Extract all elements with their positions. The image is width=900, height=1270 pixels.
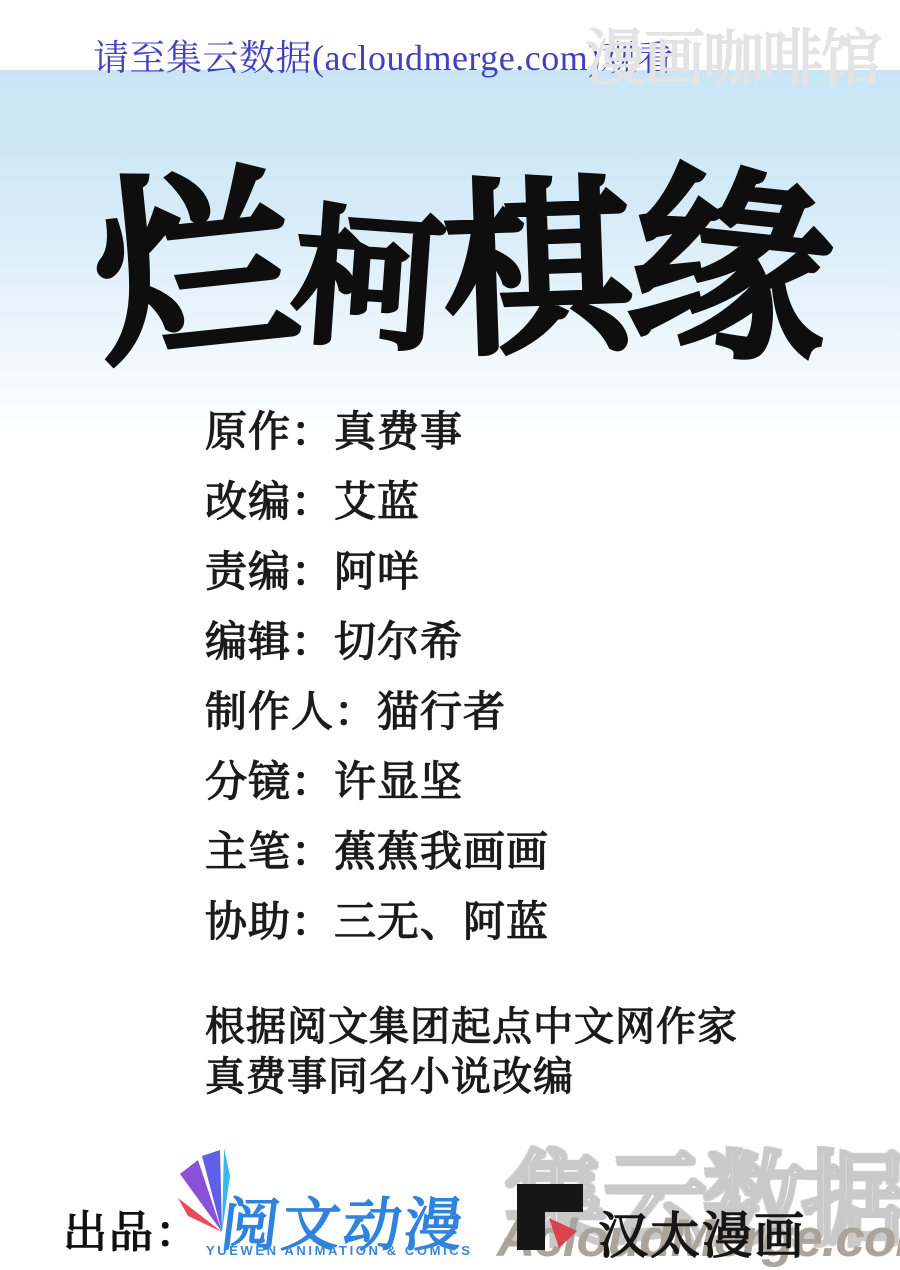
- credit-row-adaptation: 改编：艾蓝: [205, 480, 549, 524]
- credit-name: 阿咩: [334, 548, 420, 595]
- credit-colon: ：: [291, 478, 334, 525]
- adaptation-note-line1: 根据阅文集团起点中文网作家: [205, 1002, 738, 1052]
- credit-row-storyboard: 分镜：许显坚: [205, 760, 549, 804]
- credit-role: 协助: [205, 898, 291, 945]
- credit-colon: ：: [291, 828, 334, 875]
- credit-role: 分镜: [205, 758, 291, 805]
- comic-title: 烂 柯 棋 缘: [95, 128, 810, 366]
- credit-row-assistants: 协助：三无、阿蓝: [205, 900, 549, 944]
- adaptation-note-line2: 真费事同名小说改编: [205, 1052, 738, 1102]
- credit-role: 主笔: [205, 828, 291, 875]
- title-char-1: 烂: [85, 160, 303, 378]
- credit-name: 艾蓝: [334, 478, 420, 525]
- credit-colon: ：: [334, 688, 377, 735]
- title-char-3: 棋: [440, 173, 634, 367]
- yuewen-logo-tagline: YUEWEN ANIMATION & COMICS: [206, 1243, 473, 1258]
- credit-colon: ：: [291, 408, 334, 455]
- credit-row-chief-editor: 责编：阿咩: [205, 550, 549, 594]
- title-char-2: 柯: [288, 201, 448, 361]
- credit-name: 蕉蕉我画画: [334, 828, 549, 875]
- adaptation-note: 根据阅文集团起点中文网作家 真费事同名小说改编: [205, 1002, 738, 1102]
- title-char-4: 缘: [621, 160, 841, 380]
- credit-name: 切尔希: [334, 618, 463, 665]
- credit-colon: ：: [291, 618, 334, 665]
- credit-role: 改编: [205, 478, 291, 525]
- credit-row-editor: 编辑：切尔希: [205, 620, 549, 664]
- credit-name: 许显坚: [334, 758, 463, 805]
- credit-name: 猫行者: [377, 688, 506, 735]
- hantai-bracket-icon: [515, 1182, 585, 1252]
- footer: 出品： 阅文动漫 YUEWEN ANIMATION & COMICS 汉太漫画: [0, 1130, 900, 1270]
- top-watermark-text: 漫画咖啡馆: [585, 10, 880, 97]
- credit-row-original-author: 原作：真费事: [205, 410, 549, 454]
- credit-role: 制作人: [205, 688, 334, 735]
- credit-name: 真费事: [334, 408, 463, 455]
- hantai-logo-text: 汉太漫画: [598, 1196, 806, 1268]
- credit-colon: ：: [291, 758, 334, 805]
- credit-role: 编辑: [205, 618, 291, 665]
- credit-name: 三无、阿蓝: [334, 898, 549, 945]
- credit-row-lead-artist: 主笔：蕉蕉我画画: [205, 830, 549, 874]
- credit-role: 原作: [205, 408, 291, 455]
- credit-role: 责编: [205, 548, 291, 595]
- credit-colon: ：: [291, 898, 334, 945]
- credit-row-producer: 制作人：猫行者: [205, 690, 549, 734]
- credits-list: 原作：真费事 改编：艾蓝 责编：阿咩 编辑：切尔希 制作人：猫行者 分镜：许显坚…: [205, 410, 549, 970]
- comic-credits-page: 请至集云数据(acloudmerge.com)观看 漫画咖啡馆 烂 柯 棋 缘 …: [0, 0, 900, 1270]
- credit-colon: ：: [291, 548, 334, 595]
